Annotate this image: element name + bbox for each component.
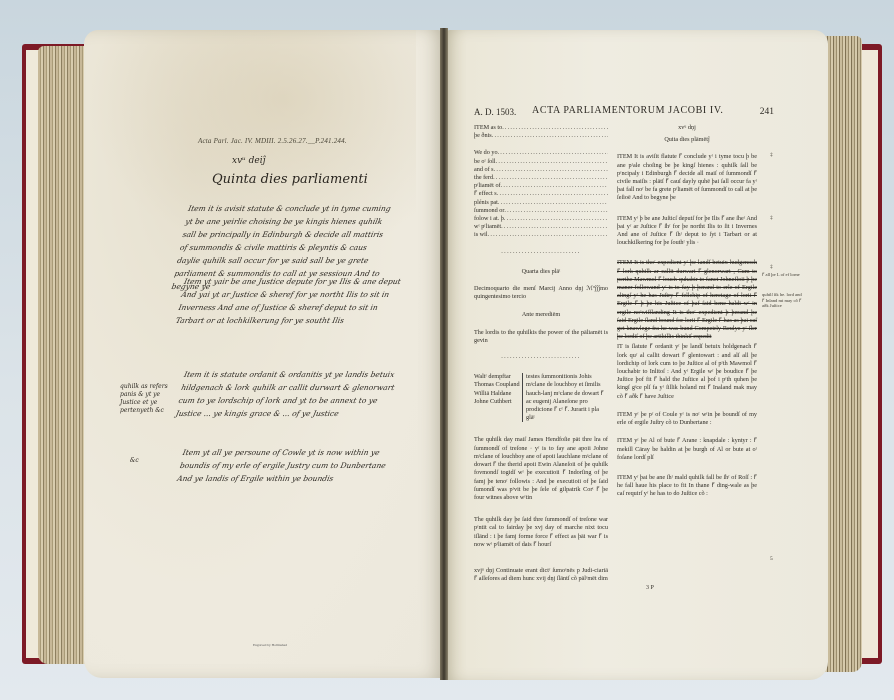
witness-note: testes ſummonitionis Johis mʳclane de lo… <box>522 373 608 422</box>
witness-names: Waltʳ dempftar Thomas Coupland Williā Ha… <box>474 373 522 422</box>
manuscript-paragraph: Item yt all ye persoune of Cowle yt is n… <box>176 446 394 485</box>
section-title: Quita dies plāmētĵ <box>617 136 757 144</box>
paragraph: ITEM yʳ þai be ane ſhʳ mald quhilk fall … <box>617 474 757 499</box>
header-title: ACTA PARLIAMENTORUM JACOBI IV. <box>532 107 724 115</box>
printer-note: Engraved by Hollinshed <box>253 643 287 647</box>
witness-name: Waltʳ dempftar <box>474 373 522 381</box>
dotted-line: folow i at. þ...........................… <box>474 215 608 223</box>
dotted-line: ſummond or..............................… <box>474 207 608 215</box>
witness-name: Williā Haldane <box>474 390 522 398</box>
manuscript-margin-note: quhilk as refers panis & yt ye Justice e… <box>120 383 178 415</box>
text-column-left: ITEM as to..............................… <box>474 124 608 583</box>
margin-note: quhilſ ſik he. lord and ⹍ Inland mt may … <box>762 292 802 309</box>
manuscript-heading-small: xvᵘ deiĵ <box>232 156 265 166</box>
manuscript-margin-note: &c <box>130 457 139 464</box>
margin-number: ‡ <box>770 264 773 270</box>
header-date: A. D. 1503. <box>474 108 516 116</box>
dotted-line: pʳliamēt of.............................… <box>474 182 608 190</box>
manuscript-reference: Acta Parl. Jac. IV. MDIII. 2.5.26.27.__P… <box>198 137 347 145</box>
paragraph: xvjᵘ dņj Continuate erant dictʳ ſumoʳnēs… <box>474 567 608 583</box>
text-column-right: xvᵘ dņj Quita dies plāmētĵ ITEM It is av… <box>617 124 757 499</box>
margin-number: ‡ <box>770 215 773 221</box>
paragraph: ITEM It is aviſit flatute ⹍ conclude yʳ … <box>617 153 757 202</box>
dotted-line: We do yo................................… <box>474 149 608 157</box>
date-line: Decimoquarto die menſ Marcij Anno dņj ℳº… <box>474 285 608 301</box>
paragraph: The quhilk day þe ſaid thre ſummondſ of … <box>474 516 608 549</box>
page-block-edge-left <box>38 46 88 664</box>
dotted-line: is wil..................................… <box>474 231 608 239</box>
manuscript-paragraph: Item it is statute ordanit & ordanitis y… <box>174 368 400 420</box>
dotted-separator: ........................... <box>474 353 608 361</box>
dotted-line: þe ðnis.................................… <box>474 132 608 140</box>
dotted-line: and of s................................… <box>474 166 608 174</box>
margin-number: 5 <box>770 556 773 562</box>
page-block-edge-right <box>822 36 862 672</box>
dotted-separator: ........................... <box>474 248 608 256</box>
margin-number: ‡ <box>770 152 773 158</box>
paragraph: ITEM yʳ þe pʳ of Coule yʳ is noʳ wʳin þe… <box>617 411 757 427</box>
dotted-line: the ferd................................… <box>474 174 608 182</box>
page-number: 241 <box>760 108 774 116</box>
paragraph: IT is ſlatute ⹍ ordanit yʳ þe landſ betu… <box>617 343 757 400</box>
lords-line: The lordis to the quhilkis the power of … <box>474 329 608 345</box>
dotted-line: plénis pat..............................… <box>474 199 608 207</box>
dotted-line: ITEM as to..............................… <box>474 124 608 132</box>
margin-note: ⹍ all þe L of ef lorne <box>762 272 802 278</box>
section-subtitle: Ante merediēm <box>474 311 608 319</box>
paragraph: ITEM yʳ þe Al of bute ⹍ Arane : knapdale… <box>617 437 757 462</box>
struck-paragraph: ITEM It is thoʳ expedient yʳ þe landſ be… <box>617 259 757 341</box>
manuscript-heading: Quinta dies parliamenti <box>212 172 368 187</box>
signature-mark: 3 P <box>646 585 654 591</box>
manuscript-paragraph: Item yt yair be ane Justice depute for y… <box>174 275 405 327</box>
section-title: Quarta dies plāᵗ <box>474 268 608 276</box>
witness-block: Waltʳ dempftar Thomas Coupland Williā Ha… <box>474 373 608 422</box>
witness-name: Johne Cuthbert <box>474 398 522 406</box>
day-heading: xvᵘ dņj <box>617 124 757 132</box>
paragraph: ITEM yʳ þ be ane Juſticſ deputſ for þe I… <box>617 215 757 248</box>
dotted-line: wᵗ pʳliamēt.............................… <box>474 223 608 231</box>
dotted-line: be oʳ ſoll..............................… <box>474 158 608 166</box>
dotted-line: ⹍ effect s..............................… <box>474 190 608 198</box>
paragraph: The quhilk day maiſ James Hendfoſie pāt … <box>474 436 608 502</box>
witness-name: Thomas Coupland <box>474 381 522 389</box>
book-gutter <box>440 28 448 680</box>
